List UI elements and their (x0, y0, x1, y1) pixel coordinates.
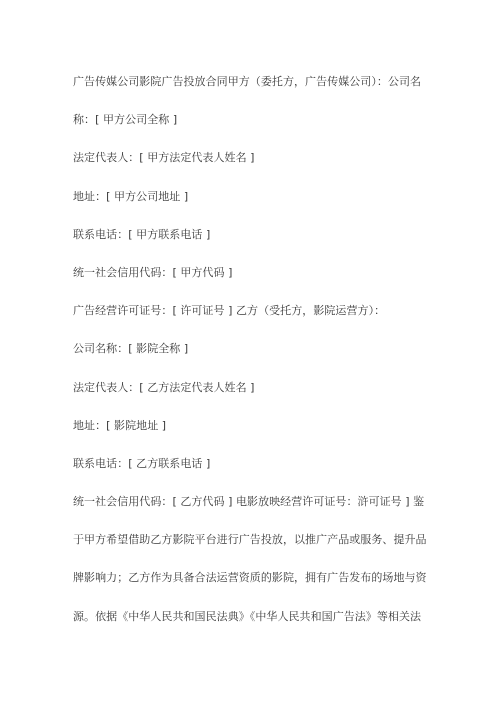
document-line-title-party-a: 广告传媒公司影院广告投放合同甲方（委托方，广告传媒公司）：公司名 (73, 63, 500, 101)
document-line-address-a: 地址：[ 甲方公司地址 ] (73, 178, 500, 216)
document-line-whereas-3: 源。依据《中华人民共和国民法典》《中华人民共和国广告法》等相关法 (73, 598, 500, 636)
document-line-credit-code-a: 统一社会信用代码：[ 甲方代码 ] (73, 254, 500, 292)
document-line-ad-license-party-b: 广告经营许可证号：[ 许可证号 ] 乙方（受托方，影院运营方）： (73, 292, 500, 330)
contract-text-block: 广告传媒公司影院广告投放合同甲方（委托方，广告传媒公司）：公司名 称：[ 甲方公… (73, 63, 500, 636)
document-line-company-name-a: 称：[ 甲方公司全称 ] (73, 101, 500, 139)
document-line-whereas-1: 于甲方希望借助乙方影院平台进行广告投放，以推广产品或服务、提升品 (73, 521, 500, 559)
contract-document-page: 广告传媒公司影院广告投放合同甲方（委托方，广告传媒公司）：公司名 称：[ 甲方公… (0, 0, 500, 707)
document-line-whereas-2: 牌影响力；乙方作为具备合法运营资质的影院，拥有广告发布的场地与资 (73, 559, 500, 597)
document-line-phone-b: 联系电话：[ 乙方联系电话 ] (73, 445, 500, 483)
document-line-address-b: 地址：[ 影院地址 ] (73, 407, 500, 445)
document-line-legal-rep-a: 法定代表人：[ 甲方法定代表人姓名 ] (73, 139, 500, 177)
document-line-phone-a: 联系电话：[ 甲方联系电话 ] (73, 216, 500, 254)
document-line-company-name-b: 公司名称：[ 影院全称 ] (73, 330, 500, 368)
document-line-legal-rep-b: 法定代表人：[ 乙方法定代表人姓名 ] (73, 369, 500, 407)
document-line-credit-code-b: 统一社会信用代码：[ 乙方代码 ] 电影放映经营许可证号：浒可证号 ] 鉴 (73, 483, 500, 521)
